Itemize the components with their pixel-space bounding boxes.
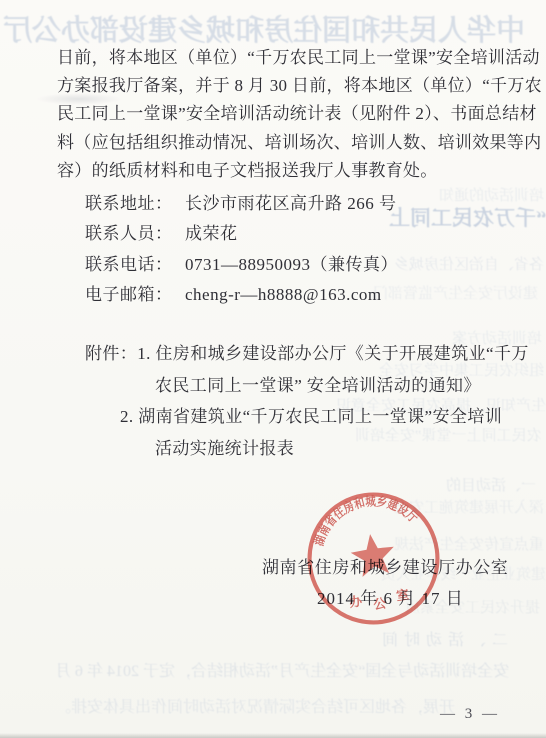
attachment-line: 附件：1. 住房和城乡建设部办公厅《关于开展建筑业“千万: [85, 338, 529, 370]
seal-bottom-char: 公: [373, 596, 388, 612]
contact-block: 联系地址： 长沙市雨花区高升路 266 号 联系人员： 成荣花 联系电话： 07…: [85, 189, 398, 311]
contact-person-label: 联系人员：: [85, 219, 185, 249]
attachment-line: 活动实施统计报表: [85, 433, 529, 465]
bleedthrough-fragment: “千万农民工同上: [389, 202, 546, 232]
attachment-line: 农民工同上一堂课” 安全培训活动的通知》: [85, 370, 529, 402]
seal-bottom-char: 办: [348, 593, 364, 610]
contact-row: 电子邮箱： cheng-r—h8888@163.com: [85, 280, 398, 310]
bleedthrough-fragment: 二、活动时间: [376, 627, 508, 650]
scan-edge-shadow: [0, 733, 546, 738]
paragraph-line: 日前，将本地区（单位）“千万农民工同上一堂课”安全培训活动: [57, 44, 542, 72]
contact-address-label: 联系地址：: [85, 189, 185, 219]
paragraph-line: 料（应包括组织推动情况、培训场次、培训人数、培训效果等内: [57, 129, 542, 157]
contact-person-value: 成荣花: [185, 219, 238, 249]
contact-email-value: cheng-r—h8888@163.com: [185, 280, 382, 310]
contact-address-value: 长沙市雨花区高升路 266 号: [185, 189, 397, 219]
bleedthrough-header-mirrored: 中华人民共和国住房和城乡建设部办公厅: [33, 8, 525, 49]
contact-phone-value: 0731—88950093（兼传真）: [185, 250, 398, 280]
bleedthrough-fragment: 开展，各地区可结合实际情况对活动时间作出具体安排。: [55, 694, 455, 717]
contact-row: 联系人员： 成荣花: [85, 219, 398, 249]
attachment-line: 2. 湖南省建筑业“千万农民工同上一堂课”安全培训: [85, 401, 529, 433]
paragraph-line: 容）的纸质材料和电子文档报送我厅人事教育处。: [57, 157, 542, 185]
contact-phone-label: 联系电话：: [85, 250, 185, 280]
official-seal: 湖南省住房和城乡建设厅 办 公 室: [296, 481, 451, 636]
paragraph-line: 民工同上一堂课”安全培训活动统计表（见附件 2）、书面总结材: [57, 100, 542, 128]
contact-row: 联系地址： 长沙市雨花区高升路 266 号: [85, 189, 398, 219]
bleedthrough-fragment: 一、活动目的: [446, 474, 536, 495]
seal-bottom-char: 室: [395, 587, 410, 604]
paragraph-line: 方案报我厅备案，并于 8 月 30 日前，将本地区（单位）“千万农: [57, 72, 542, 100]
seal-star-icon: [349, 531, 398, 578]
body-paragraph: 日前，将本地区（单位）“千万农民工同上一堂课”安全培训活动 方案报我厅备案，并于…: [57, 44, 542, 185]
contact-email-label: 电子邮箱：: [85, 280, 185, 310]
page-number: — 3 —: [440, 706, 500, 723]
scanned-document-page: 中华人民共和国住房和城乡建设部办公厅 培训活动的通知 “千万农民工同上 各省、自…: [0, 0, 546, 738]
bleedthrough-fragment: 安全培训活动与全国“安全生产月”活动相结合，定于 2014 年 6 月: [55, 658, 509, 681]
bleedthrough-fragment: 培训活动的通知: [439, 184, 544, 205]
bleedthrough-fragment: 各省、自治区住房城乡: [394, 253, 544, 274]
attachments-block: 附件：1. 住房和城乡建设部办公厅《关于开展建筑业“千万 农民工同上一堂课” 安…: [85, 338, 529, 465]
contact-row: 联系电话： 0731—88950093（兼传真）: [85, 250, 398, 280]
